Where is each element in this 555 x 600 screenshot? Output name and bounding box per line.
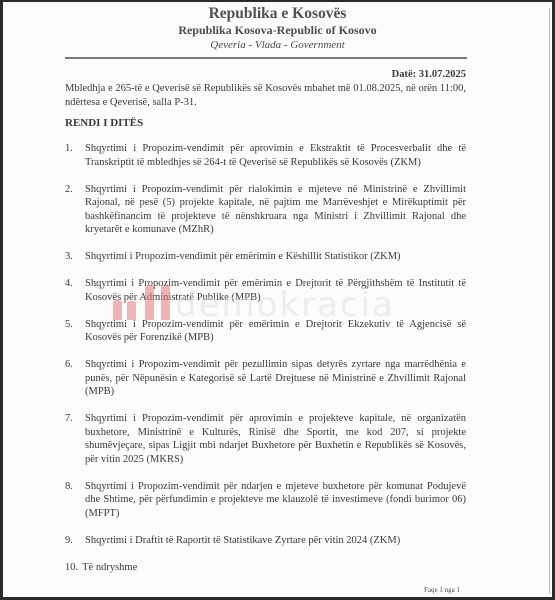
item-number: 9. bbox=[65, 534, 73, 548]
meeting-intro: Mbledhja e 265-të e Qeverisë së Republik… bbox=[65, 82, 466, 110]
item-number: 5. bbox=[65, 318, 73, 332]
page-number: Faqe 1 nga 1 bbox=[424, 586, 460, 594]
letterhead: Republika e Kosovës Republika Kosova-Rep… bbox=[3, 5, 552, 52]
item-number: 4. bbox=[65, 277, 73, 291]
letterhead-title: Republika e Kosovës bbox=[3, 5, 552, 23]
item-number: 3. bbox=[65, 250, 73, 264]
agenda-item: 5.Shqyrtimi i Propozim-vendimit për emër… bbox=[65, 318, 466, 345]
letterhead-government: Qeveria - Vlada - Government bbox=[3, 38, 552, 52]
item-text: Shqyrtimi i Propozim-vendimit për aprovi… bbox=[85, 413, 466, 465]
page-edge bbox=[549, 8, 550, 594]
item-text: Shqyrtimi i Propozim-vendimit për emërim… bbox=[85, 319, 466, 344]
agenda-item: 6.Shqyrtimi i Propozim-vendimit për pezu… bbox=[65, 358, 466, 399]
agenda-item: 7.Shqyrtimi i Propozim-vendimit për apro… bbox=[65, 412, 466, 466]
item-text: Shqyrtimi i Propozim-vendimit për pezull… bbox=[85, 359, 466, 397]
agenda-item: 10.Të ndryshme bbox=[65, 561, 466, 575]
agenda-item: 8.Shqyrtimi i Propozim-vendimit për ndar… bbox=[65, 480, 466, 521]
agenda-list: 1.Shqyrtimi i Propozim-vendimit për apro… bbox=[65, 142, 466, 588]
agenda-item: 9.Shqyrtimi i Draftit të Raportit të Sta… bbox=[65, 534, 466, 548]
item-number: 1. bbox=[65, 142, 73, 156]
document-page: Republika e Kosovës Republika Kosova-Rep… bbox=[3, 2, 552, 597]
agenda-item: 3.Shqyrtimi i Propozim-vendimit për emër… bbox=[65, 250, 466, 264]
item-number: 6. bbox=[65, 358, 73, 372]
item-text: Shqyrtimi i Propozim-vendimit për ndarje… bbox=[85, 481, 466, 519]
agenda-item: 2.Shqyrtimi i Propozim-vendimit për rial… bbox=[65, 183, 466, 237]
header-rule bbox=[65, 57, 467, 59]
item-text: Të ndryshme bbox=[82, 562, 137, 573]
document-date: Datë: 31.07.2025 bbox=[392, 69, 466, 80]
agenda-title: RENDI I DITËS bbox=[65, 117, 143, 129]
agenda-item: 1.Shqyrtimi i Propozim-vendimit për apro… bbox=[65, 142, 466, 169]
item-number: 10. bbox=[65, 562, 78, 573]
item-text: Shqyrtimi i Propozim-vendimit për emërim… bbox=[85, 278, 466, 303]
item-number: 2. bbox=[65, 183, 73, 197]
item-text: Shqyrtimi i Propozim-vendimit për rialok… bbox=[85, 184, 466, 236]
item-text: Shqyrtimi i Propozim-vendimit për aprovi… bbox=[85, 143, 466, 168]
agenda-item: 4.Shqyrtimi i Propozim-vendimit për emër… bbox=[65, 277, 466, 304]
item-number: 8. bbox=[65, 480, 73, 494]
item-text: Shqyrtimi i Propozim-vendimit për emërim… bbox=[85, 251, 401, 262]
letterhead-subtitle: Republika Kosova-Republic of Kosovo bbox=[3, 23, 552, 38]
item-number: 7. bbox=[65, 412, 73, 426]
item-text: Shqyrtimi i Draftit të Raportit të Stati… bbox=[85, 535, 400, 546]
